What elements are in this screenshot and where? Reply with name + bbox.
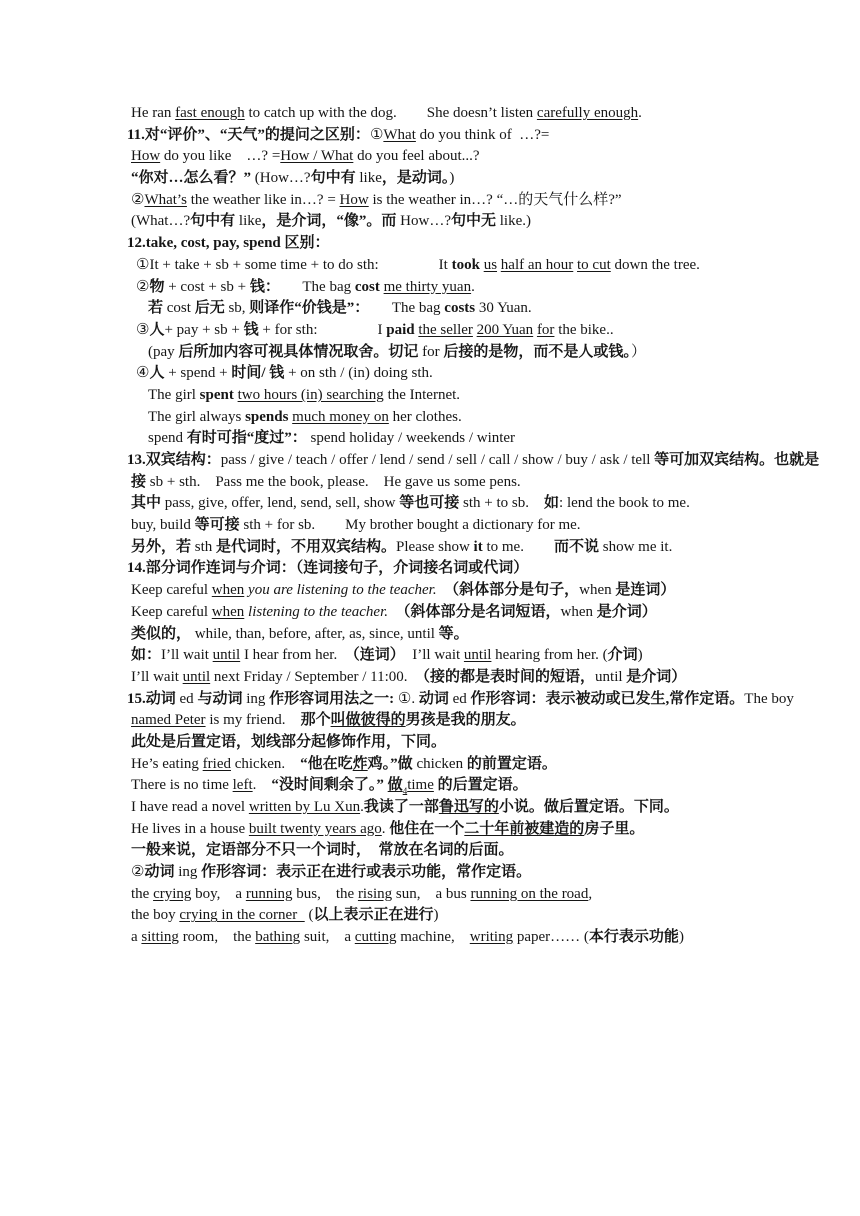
text-segment: The boy xyxy=(744,691,794,707)
text-segment: cutting xyxy=(355,929,397,945)
text-line: the crying boy, a running bus, the risin… xyxy=(127,884,787,906)
text-segment: until xyxy=(595,669,626,685)
text-line: How do you like …? =How / What do you fe… xyxy=(127,146,787,168)
text-segment: spent xyxy=(200,387,234,403)
text-segment: fast enough xyxy=(175,105,245,121)
text-segment: spends xyxy=(245,409,288,425)
text-line: the boy crying in the corner (以上表示正在进行) xyxy=(127,905,787,927)
text-segment: spend xyxy=(148,430,187,446)
text-line: 此处是后置定语，划线部分起修饰作用，下同。 xyxy=(127,732,787,754)
text-segment: the Internet. xyxy=(384,387,460,403)
text-segment: 后无 xyxy=(195,300,225,316)
text-segment: spend holiday / weekends / winter xyxy=(307,430,515,446)
text-line: He lives in a house built twenty years a… xyxy=(127,819,787,841)
text-segment: I’ll wait xyxy=(397,647,464,663)
text-segment: time xyxy=(407,777,434,793)
text-segment: crying xyxy=(153,886,191,902)
text-segment: The bag xyxy=(272,279,354,295)
text-line: a sitting room, the bathing suit, a cutt… xyxy=(127,927,787,949)
text-segment: 等。 xyxy=(439,626,469,642)
text-segment: 是连词） xyxy=(615,582,675,598)
text-segment: （斜体部分是句子， xyxy=(452,582,580,598)
text-segment: 的前置定语。 xyxy=(467,756,557,772)
text-segment: ② xyxy=(136,279,149,295)
text-segment: writing xyxy=(470,929,513,945)
text-segment: the seller xyxy=(418,322,473,338)
text-segment: What xyxy=(383,127,415,143)
text-segment xyxy=(388,604,403,620)
text-segment: ) xyxy=(449,170,454,186)
text-line: (What…?句中有 like，是介词，“像”。而 How…?句中无 like.… xyxy=(127,211,787,233)
text-segment: 人 xyxy=(149,365,164,381)
text-segment: What’s xyxy=(144,192,187,208)
text-line: 接 sb + sth. Pass me the book, please. He… xyxy=(127,472,787,494)
text-segment: (What…? xyxy=(131,213,190,229)
text-segment: ) xyxy=(679,929,684,945)
text-segment: + spend + xyxy=(164,365,231,381)
text-line: 13.双宾结构：pass / give / teach / offer / le… xyxy=(127,450,787,472)
text-segment: 时间/ 钱 xyxy=(231,365,284,381)
text-segment: I hear from her. xyxy=(240,647,352,663)
text-line: He ran fast enough to catch up with the … xyxy=(127,103,787,125)
text-segment: ed xyxy=(176,691,198,707)
text-line: buy, build 等可接 sth + for sb. My brother … xyxy=(127,515,787,537)
text-segment: 钱 xyxy=(244,322,259,338)
text-segment: 动词 xyxy=(144,864,174,880)
text-segment: ing xyxy=(174,864,201,880)
text-segment: ① xyxy=(370,127,383,143)
text-segment: for xyxy=(537,322,555,338)
text-segment: chicken xyxy=(413,756,467,772)
text-segment: 的后置定语。 xyxy=(438,777,528,793)
text-segment: crying in the corner xyxy=(179,907,304,923)
text-segment: 15.动词 xyxy=(127,691,176,707)
text-segment: pass / give / teach / offer / lend / sen… xyxy=(221,452,654,468)
text-line: I’ll wait until next Friday / September … xyxy=(127,667,787,689)
text-segment: ) xyxy=(433,907,438,923)
text-segment: suit, a xyxy=(300,929,355,945)
text-segment: 他住在一个 xyxy=(389,821,464,837)
text-segment: 等可加双宾结构。也就是 xyxy=(654,452,819,468)
text-segment: He ran xyxy=(131,105,175,121)
text-segment: 若 xyxy=(148,300,163,316)
text-segment: 句中有 xyxy=(190,213,235,229)
text-segment: 句中有 xyxy=(311,170,356,186)
text-segment: named Peter xyxy=(131,712,206,728)
text-segment: sth + to sb. xyxy=(459,495,544,511)
text-segment: like xyxy=(235,213,261,229)
text-segment: ①It + take + sb + some time + to do sth:… xyxy=(136,257,452,273)
text-segment: sth xyxy=(191,539,216,555)
text-line: ②物 + cost + sb + 钱： The bag cost me thir… xyxy=(127,277,787,299)
text-segment: 此处是后置定语，划线部分起修饰作用，下同。 xyxy=(131,734,446,750)
text-segment: 二十年前被建造的 xyxy=(464,821,584,837)
text-segment: How xyxy=(131,148,160,164)
text-line: ①It + take + sb + some time + to do sth:… xyxy=(127,255,787,277)
text-segment: running xyxy=(246,886,293,902)
text-segment: 以上表示正在进行 xyxy=(313,907,433,923)
text-segment: buy, build xyxy=(131,517,195,533)
text-segment: He’s eating xyxy=(131,756,203,772)
text-line: 12.take, cost, pay, spend 区别： xyxy=(127,233,787,255)
text-segment: （斜体部分是名词短语， xyxy=(403,604,561,620)
text-segment: you are listening to the teacher. xyxy=(248,582,437,598)
text-segment: , xyxy=(588,886,592,902)
text-segment: ③ xyxy=(136,322,149,338)
text-segment: （连词） xyxy=(352,647,397,663)
text-line: 11.对“评价”、“天气”的提问之区别：①What do you think o… xyxy=(127,125,787,147)
text-segment: hearing from her. ( xyxy=(491,647,607,663)
text-segment: ② xyxy=(131,864,144,880)
text-line: The girl spent two hours (in) searching … xyxy=(127,385,787,407)
text-segment: I’ll wait xyxy=(161,647,213,663)
text-segment: 30 Yuan. xyxy=(475,300,532,316)
text-segment: half an hour xyxy=(501,257,573,273)
text-segment: 如： xyxy=(131,647,161,663)
text-segment: (pay xyxy=(148,344,178,360)
text-segment: . xyxy=(253,777,272,793)
text-segment: show me it. xyxy=(599,539,672,555)
text-segment: until xyxy=(183,669,211,685)
text-line: He’s eating fried chicken. “他在吃炸鸡。”做 chi… xyxy=(127,754,787,776)
text-segment: until xyxy=(464,647,492,663)
text-line: I have read a novel written by Lu Xun.我读… xyxy=(127,797,787,819)
text-segment: 作形容词：表示正在进行或表示功能，常作定语。 xyxy=(201,864,531,880)
text-segment: fried xyxy=(203,756,231,772)
text-segment: How…? xyxy=(396,213,451,229)
text-segment: to catch up with the dog. She doesn’t li… xyxy=(245,105,537,121)
text-segment: do you feel about...? xyxy=(353,148,479,164)
text-segment: 介词 xyxy=(608,647,638,663)
text-line: (pay 后所加内容可视具体情况取舍。切记 for 后接的是物，而不是人或钱。） xyxy=(127,342,787,364)
text-segment: He lives in a house xyxy=(131,821,249,837)
document-body: He ran fast enough to catch up with the … xyxy=(127,103,787,949)
text-segment: 物 xyxy=(149,279,164,295)
text-segment: ①. xyxy=(394,691,419,707)
text-segment: is my friend. xyxy=(206,712,301,728)
text-segment: me thirty yuan xyxy=(384,279,471,295)
text-segment: the xyxy=(131,886,153,902)
text-segment: 钱： xyxy=(250,279,273,295)
text-segment: rising xyxy=(358,886,392,902)
text-segment: 作形容词用法之一: xyxy=(269,691,394,707)
text-segment: Keep careful xyxy=(131,604,212,620)
text-segment: sb, xyxy=(225,300,250,316)
text-segment: two hours (in) searching xyxy=(238,387,384,403)
text-segment: a xyxy=(131,929,141,945)
text-segment: 是介词） xyxy=(597,604,657,620)
text-segment: much money on xyxy=(292,409,389,425)
text-segment: 后所加内容可视具体情况取舍。切记 xyxy=(178,344,418,360)
text-segment: 后接的是物，而不是人或钱。 xyxy=(443,344,631,360)
text-segment: it xyxy=(474,539,483,555)
text-segment: when xyxy=(212,582,245,598)
text-segment: us xyxy=(484,257,497,273)
document-page: { "page": { "background": "#ffffff", "te… xyxy=(0,0,860,1216)
text-segment: 叫做彼得的 xyxy=(331,712,406,728)
text-segment: her clothes. xyxy=(389,409,462,425)
text-line: Keep careful when you are listening to t… xyxy=(127,580,787,602)
text-segment: while, than, before, after, as, since, u… xyxy=(191,626,439,642)
text-segment: the boy xyxy=(131,907,179,923)
text-segment: 句中无 xyxy=(451,213,496,229)
text-segment: carefully enough xyxy=(537,105,638,121)
text-segment: when xyxy=(579,582,615,598)
text-segment: do you like …? = xyxy=(160,148,280,164)
text-segment: room, the xyxy=(179,929,255,945)
text-segment: The bag xyxy=(362,300,444,316)
text-line: The girl always spends much money on her… xyxy=(127,407,787,429)
text-segment: I’ll wait xyxy=(131,669,183,685)
text-segment: The girl always xyxy=(148,409,245,425)
text-segment: 11.对“评价”、“天气”的提问之区别： xyxy=(127,127,370,143)
text-line: 如：I’ll wait until I hear from her. （连词） … xyxy=(127,645,787,667)
text-segment: boy, a xyxy=(191,886,245,902)
text-segment: 男孩是我的朋友。 xyxy=(406,712,526,728)
text-segment: do you think of …?= xyxy=(416,127,549,143)
text-segment: ed xyxy=(449,691,471,707)
text-segment: took xyxy=(452,257,480,273)
text-segment xyxy=(437,582,452,598)
text-segment: paper…… ( xyxy=(513,929,589,945)
text-segment: “他在吃 xyxy=(300,756,353,772)
text-line: ②动词 ing 作形容词：表示正在进行或表示功能，常作定语。 xyxy=(127,862,787,884)
text-segment: sitting xyxy=(141,929,179,945)
text-segment: 13.双宾结构： xyxy=(127,452,221,468)
text-segment: like.) xyxy=(496,213,531,229)
text-segment: 等也可接 xyxy=(399,495,459,511)
text-segment: 14.部分词作连词与介词：（连词接句子，介词接名词或代词） xyxy=(127,560,528,576)
text-segment: the bike.. xyxy=(554,322,613,338)
text-segment: 一般来说，定语部分不只一个词时， 常放在名词的后面。 xyxy=(131,842,514,858)
text-segment: for xyxy=(418,344,443,360)
text-segment: sb + sth. Pass me the book, please. He g… xyxy=(146,474,521,490)
text-segment: 如 xyxy=(544,495,559,511)
text-line: ②What’s the weather like in…? = How is t… xyxy=(127,190,787,212)
text-line: spend 有时可指“度过”： spend holiday / weekends… xyxy=(127,428,787,450)
text-segment: Keep careful xyxy=(131,582,212,598)
text-segment: written by Lu Xun xyxy=(249,799,360,815)
text-line: Keep careful when listening to the teach… xyxy=(127,602,787,624)
text-segment: the weather like in…? = xyxy=(187,192,340,208)
text-segment: Please show xyxy=(396,539,474,555)
text-segment: ，是介词，“像”。而 xyxy=(261,213,396,229)
text-segment: 小说。做后置定语。下同。 xyxy=(499,799,679,815)
text-segment: There is no time xyxy=(131,777,233,793)
text-segment: when xyxy=(212,604,245,620)
text-segment: machine, xyxy=(396,929,469,945)
text-segment: 接 xyxy=(131,474,146,490)
text-segment: 与动词 xyxy=(197,691,242,707)
text-segment: 其中 xyxy=(131,495,161,511)
text-line: ③人+ pay + sb + 钱 + for sth: I paid the s… xyxy=(127,320,787,342)
text-line: “你对…怎么看？” (How…?句中有 like，是动词。) xyxy=(127,168,787,190)
text-segment: 有时可指“度过”： xyxy=(187,430,307,446)
text-segment: + for sth: I xyxy=(259,322,387,338)
text-segment: The girl xyxy=(148,387,200,403)
text-line: 15.动词 ed 与动词 ing 作形容词用法之一: ①. 动词 ed 作形容词… xyxy=(127,689,787,711)
text-segment: sth + for sb. My brother bought a dictio… xyxy=(240,517,581,533)
text-segment: left xyxy=(233,777,253,793)
text-line: ④人 + spend + 时间/ 钱 + on sth / (in) doing… xyxy=(127,363,787,385)
document-lines: He ran fast enough to catch up with the … xyxy=(127,103,787,949)
text-segment: like xyxy=(356,170,382,186)
text-segment: 是代词时，不用双宾结构。 xyxy=(216,539,396,555)
text-line: 若 cost 后无 sb, 则译作“价钱是”： The bag costs 30… xyxy=(127,298,787,320)
text-segment: built twenty years ago xyxy=(249,821,382,837)
text-segment: 房子里。 xyxy=(584,821,644,837)
text-segment: + pay + sb + xyxy=(164,322,243,338)
text-line: 14.部分词作连词与介词：（连词接句子，介词接名词或代词） xyxy=(127,558,787,580)
text-segment: bus, the xyxy=(293,886,358,902)
text-segment: How xyxy=(340,192,369,208)
text-segment: ） xyxy=(631,344,646,360)
text-segment: 动词 xyxy=(419,691,449,707)
text-segment: 我读了一部 xyxy=(364,799,439,815)
text-segment: when xyxy=(561,604,597,620)
text-segment: to cut xyxy=(577,257,611,273)
text-segment: 本行表示功能 xyxy=(589,929,679,945)
text-segment: ) xyxy=(638,647,643,663)
text-segment: 类似的， xyxy=(131,626,191,642)
text-segment: 而不说 xyxy=(554,539,599,555)
text-segment: How / What xyxy=(280,148,353,164)
text-segment: 鲁迅写的 xyxy=(439,799,499,815)
text-segment: 则译作“价钱是”： xyxy=(249,300,362,316)
text-segment: + cost + sb + xyxy=(164,279,249,295)
text-segment: to me. xyxy=(483,539,554,555)
text-segment: costs xyxy=(444,300,475,316)
text-segment: 人 xyxy=(149,322,164,338)
text-segment: chicken. xyxy=(231,756,300,772)
text-segment: （接的都是表时间的短语， xyxy=(423,669,596,685)
text-segment: 鸡。”做 xyxy=(368,756,413,772)
text-segment: ④ xyxy=(136,365,149,381)
text-segment: . xyxy=(638,105,642,121)
text-segment: down the tree. xyxy=(611,257,700,273)
text-segment: until xyxy=(213,647,241,663)
text-line: There is no time left. “没时间剩余了。” 做4time … xyxy=(127,775,787,797)
text-segment: pass, give, offer, lend, send, sell, sho… xyxy=(161,495,399,511)
text-segment: . xyxy=(471,279,475,295)
text-line: 类似的， while, than, before, after, as, sin… xyxy=(127,624,787,646)
text-segment: “你对…怎么看？” xyxy=(131,170,251,186)
text-segment: 那个 xyxy=(301,712,331,728)
text-segment: is the weather in…? “…的天气什么样?” xyxy=(369,192,622,208)
text-line: 一般来说，定语部分不只一个词时， 常放在名词的后面。 xyxy=(127,840,787,862)
text-segment: 12.take, cost, pay, spend 区别： xyxy=(127,235,330,251)
text-segment: next Friday / September / 11:00. xyxy=(210,669,422,685)
text-segment: 做 xyxy=(388,777,403,793)
text-line: 其中 pass, give, offer, lend, send, sell, … xyxy=(127,493,787,515)
text-segment: ing xyxy=(242,691,269,707)
text-segment: bathing xyxy=(255,929,300,945)
text-segment: (How…? xyxy=(251,170,311,186)
text-segment: cost xyxy=(163,300,195,316)
text-segment: 作形容词：表示被动或已发生,常作定语。 xyxy=(471,691,745,707)
text-segment: 是介词） xyxy=(626,669,686,685)
text-segment: I have read a novel xyxy=(131,799,249,815)
text-segment: cost xyxy=(355,279,380,295)
text-segment: ，是动词。 xyxy=(382,170,450,186)
text-segment: ② xyxy=(131,192,144,208)
text-line: 另外，若 sth 是代词时，不用双宾结构。Please show it to m… xyxy=(127,537,787,559)
text-line: named Peter is my friend. 那个叫做彼得的男孩是我的朋友… xyxy=(127,710,787,732)
text-segment: 等可接 xyxy=(195,517,240,533)
text-segment: 炸 xyxy=(353,756,368,772)
text-segment: running on the road xyxy=(470,886,588,902)
text-segment: 另外，若 xyxy=(131,539,191,555)
text-segment: 200 Yuan xyxy=(477,322,534,338)
text-segment: listening to the teacher. xyxy=(248,604,388,620)
text-segment: “没时间剩余了。” xyxy=(271,777,384,793)
text-segment: sun, a bus xyxy=(392,886,470,902)
text-segment: paid xyxy=(386,322,414,338)
text-segment: : lend the book to me. xyxy=(559,495,690,511)
text-segment: + on sth / (in) doing sth. xyxy=(284,365,432,381)
